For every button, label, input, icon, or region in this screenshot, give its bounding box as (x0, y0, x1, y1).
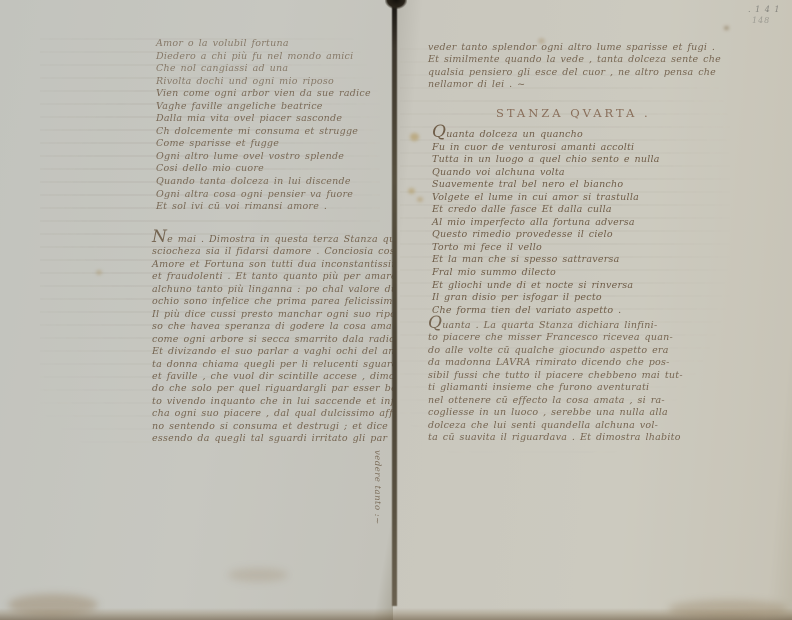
commentary-line: nel ottenere cū effecto la cosa amata , … (428, 395, 683, 407)
corner-smudge (228, 568, 288, 582)
commentary-line: Ne mai . Dimostra in questa terza Stanza… (152, 231, 425, 246)
stain-spot (538, 38, 545, 44)
commentary-line: to vivendo inquanto che in lui saccende … (152, 396, 425, 408)
commentary-stanza-three: Ne mai . Dimostra in questa terza Stanza… (152, 231, 425, 446)
commentary-stanza-four: Quanta . La quarta Stanza dichiara linfi… (428, 317, 683, 445)
stain-spot (96, 270, 102, 275)
manuscript-page-left: Amor o la volubil fortunaDiedero a chi p… (0, 0, 393, 620)
poem-line: Et credo dalle fasce Et dalla culla (432, 204, 660, 217)
poem-line: Il gran disio per isfogar il pecto (432, 292, 660, 305)
corner-smudge (668, 600, 788, 618)
commentary-line: do alle volte cū qualche giocundo aspett… (428, 345, 683, 357)
commentary-line: ti gliamanti insieme che furono aventura… (428, 382, 683, 394)
poem-line: Amor o la volubil fortuna (156, 38, 371, 51)
commentary-line: da madonna LAVRA rimirato dicendo che po… (428, 357, 683, 369)
poem-line: Questo rimedio provedesse il cielo (432, 229, 660, 242)
poem-line: Vien come ogni arbor vien da sue radice (156, 88, 371, 101)
poem-line: Quando voi alchuna volta (432, 167, 660, 180)
commentary-line: cha ogni suo piacere , dal qual dulcissi… (152, 408, 425, 420)
poem-stanza-three: Amor o la volubil fortunaDiedero a chi p… (156, 38, 371, 214)
poem-line: Et la man che si spesso sattraversa (432, 254, 660, 267)
poem-line: Quando tanta dolceza in lui discende (156, 176, 371, 189)
catchword: vedere tanto :~ (372, 450, 382, 530)
stain-spot (417, 197, 423, 202)
poem-line: Dalla mia vita ovel piacer sasconde (156, 113, 371, 126)
poem-line: Ogni altro lume ovel vostro splende (156, 151, 371, 164)
commentary-line: to piacere che misser Francesco ricevea … (428, 332, 683, 344)
binding-notch (385, 0, 407, 9)
commentary-line: dolceza che lui senti quandella alchuna … (428, 420, 683, 432)
poem-line: Torto mi fece il vello (432, 242, 660, 255)
stain-spot (410, 133, 419, 141)
stain-spot (724, 26, 729, 30)
manuscript-page-right: veder tanto splendor ogni altro lume spa… (396, 0, 792, 620)
commentary-line: nellamor di lei . ~ (428, 79, 721, 91)
commentary-line: sibil fussi che tutto il piacere chebben… (428, 370, 683, 382)
commentary-line: qualsia pensiero gli esce del cuor , ne … (428, 67, 721, 79)
commentary-line: Quanta . La quarta Stanza dichiara linfi… (428, 317, 683, 332)
commentary-line: come ogni arbore si secca smarrito dala … (152, 334, 425, 346)
poem-line: Cosi dello mio cuore (156, 163, 371, 176)
stanza-quarta-heading: STANZA QVARTA . (496, 106, 651, 120)
poem-line: Come sparisse et fugge (156, 138, 371, 151)
poem-line: Fu in cuor de venturosi amanti accolti (432, 142, 660, 155)
poem-line: Diedero a chi più fu nel mondo amici (156, 51, 371, 64)
commentary-line: cogliesse in un luoco , serebbe una null… (428, 407, 683, 419)
poem-line: Al mio imperfecto alla fortuna adversa (432, 217, 660, 230)
commentary-line: veder tanto splendor ogni altro lume spa… (428, 42, 721, 54)
commentary-line: alchuno tanto più linganna : po chal val… (152, 284, 425, 296)
poem-stanza-four: Quanta dolceza un quanchoFu in cuor de v… (432, 126, 660, 317)
poem-line: Ogni altra cosa ogni pensier va fuore (156, 189, 371, 202)
commentary-line: Amore et Fortuna son tutti dua inconstan… (152, 259, 425, 271)
commentary-line: do che solo per quel riguardargli par es… (152, 383, 425, 395)
commentary-line: ta donna chiama quegli per li relucenti … (152, 359, 425, 371)
commentary-end-stanza-three: veder tanto splendor ogni altro lume spa… (428, 42, 721, 92)
commentary-line: no sentendo si consuma et destrugi ; et … (152, 421, 425, 433)
folio-number-ink: . 1 4 1 (748, 5, 780, 14)
corner-smudge (8, 594, 98, 616)
manuscript-spread: Amor o la volubil fortunaDiedero a chi p… (0, 0, 792, 620)
poem-line: Rivolta dochi und ogni mio riposo (156, 76, 371, 89)
poem-line: Vaghe faville angeliche beatrice (156, 101, 371, 114)
commentary-line: Et divizando el suo parlar a vaghi ochi … (152, 346, 425, 358)
commentary-line: ta cū suavita il riguardava . Et dimostr… (428, 432, 683, 444)
stain-spot (408, 188, 415, 194)
commentary-line: essendo da quegli tal sguardi irritato g… (152, 433, 425, 445)
poem-line: Che forma tien del variato aspetto . (432, 305, 660, 318)
gutter-fold (392, 0, 397, 606)
poem-line: Volgete el lume in cui amor si trastulla (432, 192, 660, 205)
commentary-line: et faville , che vuol dir scintille acce… (152, 371, 425, 383)
poem-line: Et gliochi unde di et nocte si rinversa (432, 280, 660, 293)
commentary-line: et fraudolenti . Et tanto quanto più per… (152, 271, 425, 283)
folio-number-pencil: 148 (752, 16, 770, 25)
commentary-line: ochio sono infelice che prima parea feli… (152, 296, 425, 308)
poem-line: Quanta dolceza un quancho (432, 126, 660, 142)
commentary-line: Il più dice cussi presto manchar ogni su… (152, 309, 425, 321)
poem-line: Tutta in un luogo a quel chio sento e nu… (432, 154, 660, 167)
poem-line: Ch dolcemente mi consuma et strugge (156, 126, 371, 139)
poem-line: Che nol cangiassi ad una (156, 63, 371, 76)
commentary-line: Et similmente quando la vede , tanta dol… (428, 54, 721, 66)
poem-line: Suavemente tral bel nero el biancho (432, 179, 660, 192)
commentary-line: so che havea speranza di godere la cosa … (152, 321, 425, 333)
commentary-line: sciocheza sia il fidarsi damore . Concio… (152, 246, 425, 258)
poem-line: Et sol ivi cū voi rimansi amore . (156, 201, 371, 214)
poem-line: Fral mio summo dilecto (432, 267, 660, 280)
